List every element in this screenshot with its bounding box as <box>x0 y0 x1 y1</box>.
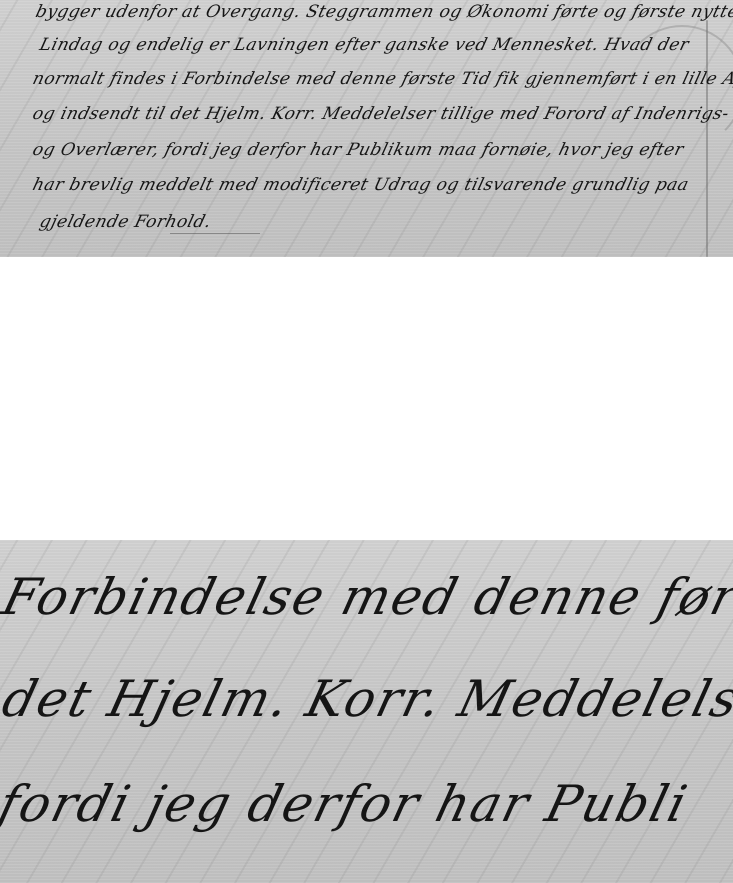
manuscript-line: og indsendt til det Hjelm. Korr. Meddele… <box>31 104 732 124</box>
manuscript-line: det Hjelm. Korr. Meddelelser <box>0 670 733 728</box>
manuscript-line: Lindag og endelig er Lavningen efter gan… <box>38 35 692 55</box>
manuscript-overview-panel: bygger udenfor at Overgang. Steggrammen … <box>0 0 733 257</box>
margin-rule <box>706 20 708 257</box>
manuscript-line: og Overlærer, fordi jeg derfor har Publi… <box>31 140 686 160</box>
manuscript-detail-panel: Forbindelse med denne første det Hjelm. … <box>0 540 733 883</box>
manuscript-line: normalt findes i Forbindelse med denne f… <box>31 69 733 89</box>
manuscript-line: har brevlig meddelt med modificeret Udra… <box>31 175 692 195</box>
manuscript-line: fordi jeg derfor har Publi <box>0 775 694 833</box>
manuscript-line: gjeldende Forhold. <box>38 212 214 232</box>
pencil-underline <box>170 233 260 234</box>
manuscript-line: Forbindelse med denne første <box>0 568 733 626</box>
manuscript-line: bygger udenfor at Overgang. Steggrammen … <box>34 2 733 22</box>
